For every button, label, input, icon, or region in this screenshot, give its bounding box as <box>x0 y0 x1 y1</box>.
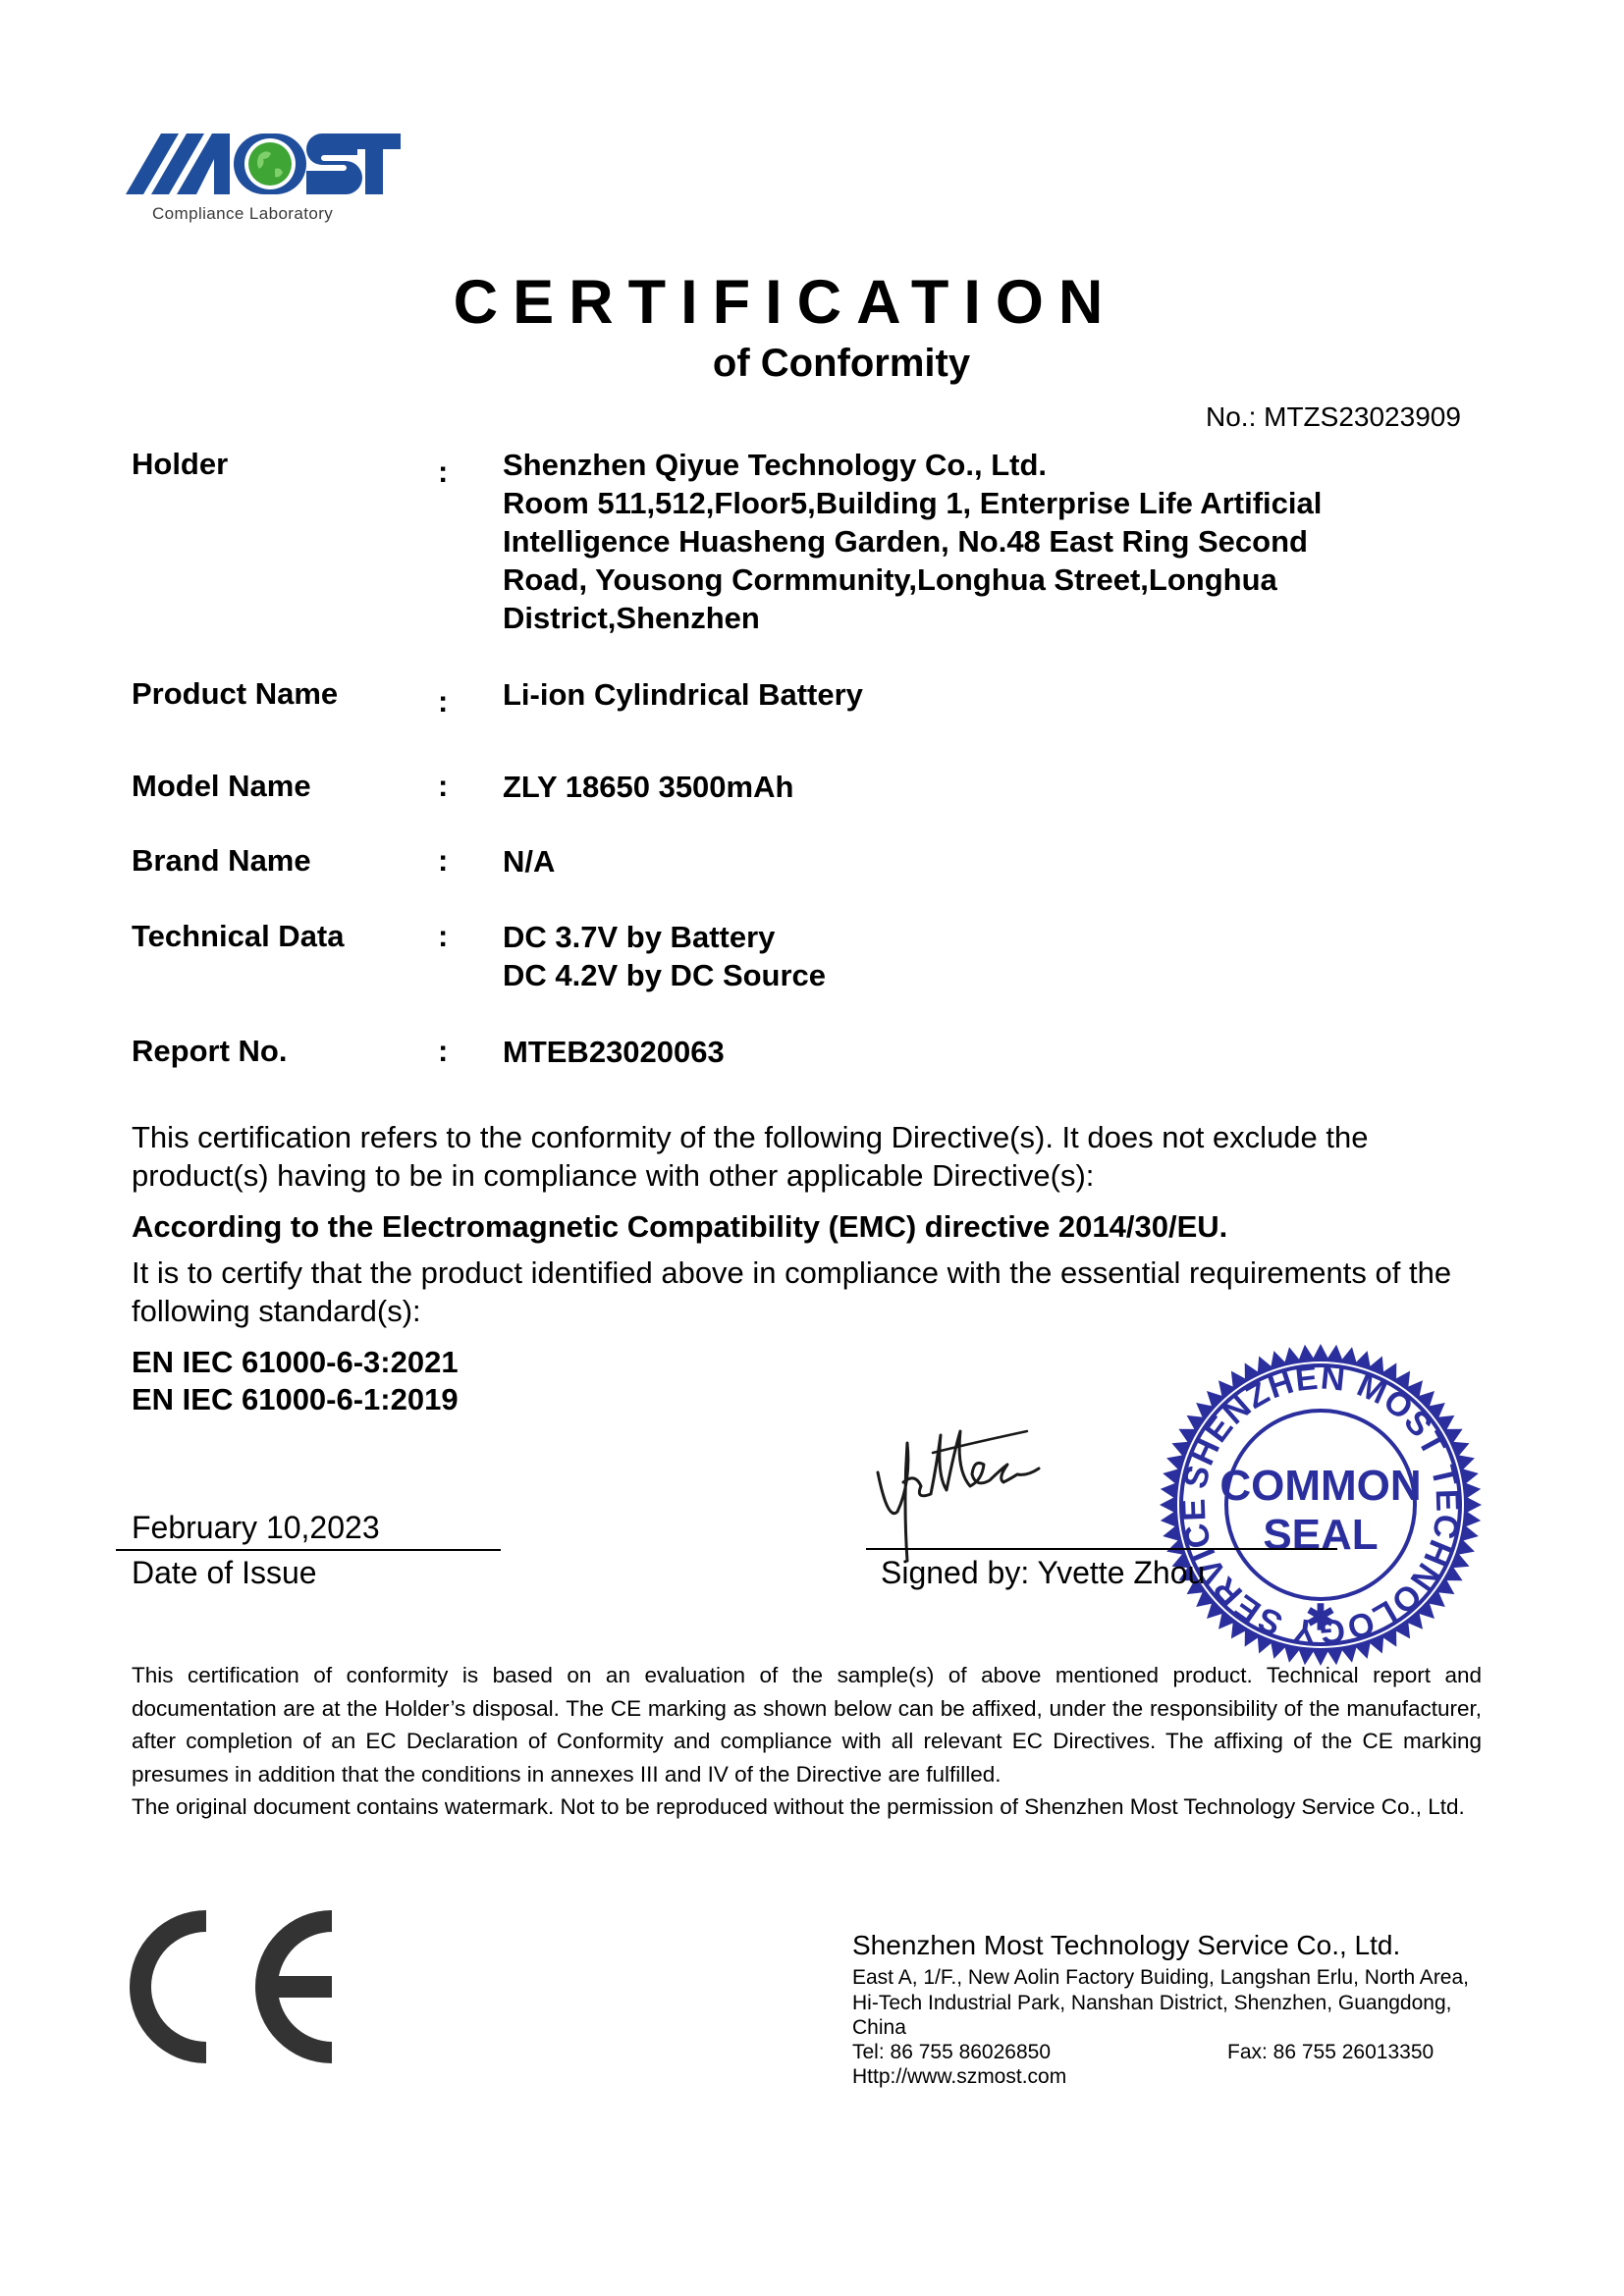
model-name-separator: : <box>438 769 448 804</box>
common-seal: SHENZHEN MOST TECHNOLOGY SERVICE CO., LT… <box>1159 1343 1483 1667</box>
report-number-separator: : <box>438 1034 448 1069</box>
most-logo-icon <box>126 130 401 198</box>
technical-data-line: DC 3.7V by Battery <box>503 918 826 956</box>
issue-date: February 10,2023 <box>132 1510 380 1546</box>
certificate-subtitle: of Conformity <box>0 342 1624 386</box>
model-name-label: Model Name <box>132 769 311 804</box>
directive-statement: According to the Electromagnetic Compati… <box>132 1209 1227 1245</box>
standards-list: EN IEC 61000-6-3:2021 EN IEC 61000-6-1:2… <box>132 1344 459 1418</box>
company-name: Shenzhen Most Technology Service Co., Lt… <box>852 1930 1400 1961</box>
seal-stamp-icon: SHENZHEN MOST TECHNOLOGY SERVICE CO., LT… <box>1159 1343 1483 1667</box>
most-logo: Compliance Laboratory <box>126 130 401 228</box>
report-number-value: MTEB23020063 <box>503 1033 725 1071</box>
disclaimer-paragraph: The original document contains watermark… <box>132 1790 1482 1824</box>
holder-separator: : <box>438 454 448 490</box>
standard-item: EN IEC 61000-6-1:2019 <box>132 1381 459 1418</box>
logo-tagline: Compliance Laboratory <box>152 204 333 224</box>
holder-label: Holder <box>132 447 228 482</box>
holder-company: Shenzhen Qiyue Technology Co., Ltd. <box>503 446 1322 484</box>
disclaimer-paragraph: This certification of conformity is base… <box>132 1659 1482 1790</box>
holder-address-line: District,Shenzhen <box>503 599 1322 637</box>
brand-name-label: Brand Name <box>132 843 311 879</box>
company-tel: Tel: 86 755 86026850 <box>852 2041 1051 2064</box>
disclaimer: This certification of conformity is base… <box>132 1659 1482 1824</box>
holder-address-line: Room 511,512,Floor5,Building 1, Enterpri… <box>503 484 1322 522</box>
product-name-separator: : <box>438 684 448 720</box>
company-fax: Fax: 86 755 26013350 <box>1227 2041 1434 2064</box>
signed-by: Signed by: Yvette Zhou <box>881 1555 1205 1591</box>
holder-address-line: Road, Yousong Cormmunity,Longhua Street,… <box>503 561 1322 599</box>
ce-mark-icon <box>126 1906 342 2068</box>
date-underline <box>116 1549 501 1551</box>
technical-data-value: DC 3.7V by Battery DC 4.2V by DC Source <box>503 918 826 994</box>
brand-name-separator: : <box>438 843 448 879</box>
svg-text:✱: ✱ <box>1306 1597 1335 1637</box>
product-name-value: Li-ion Cylindrical Battery <box>503 675 863 714</box>
technical-data-label: Technical Data <box>132 919 345 954</box>
handwritten-signature-icon <box>864 1414 1139 1571</box>
technical-data-line: DC 4.2V by DC Source <box>503 956 826 994</box>
report-number-label: Report No. <box>132 1034 287 1069</box>
standard-item: EN IEC 61000-6-3:2021 <box>132 1344 459 1381</box>
certificate-number: No.: MTZS23023909 <box>1206 401 1461 433</box>
seal-center-line1: COMMON <box>1219 1462 1421 1510</box>
signature <box>864 1414 1139 1571</box>
issue-date-label: Date of Issue <box>132 1555 317 1591</box>
product-name-label: Product Name <box>132 676 338 712</box>
certificate-title: CERTIFICATION <box>0 267 1624 338</box>
brand-name-value: N/A <box>503 842 555 881</box>
directive-intro: This certification refers to the conform… <box>132 1118 1506 1195</box>
company-website[interactable]: Http://www.szmost.com <box>852 2065 1066 2089</box>
company-address: East A, 1/F., New Aolin Factory Buiding,… <box>852 1965 1481 2041</box>
ce-mark <box>126 1906 342 2068</box>
seal-center-line2: SEAL <box>1263 1511 1378 1559</box>
model-name-value: ZLY 18650 3500mAh <box>503 768 793 806</box>
technical-data-separator: : <box>438 919 448 954</box>
holder-value: Shenzhen Qiyue Technology Co., Ltd. Room… <box>503 446 1322 637</box>
signature-underline <box>866 1548 1337 1550</box>
certify-statement: It is to certify that the product identi… <box>132 1254 1506 1330</box>
holder-address-line: Intelligence Huasheng Garden, No.48 East… <box>503 522 1322 561</box>
